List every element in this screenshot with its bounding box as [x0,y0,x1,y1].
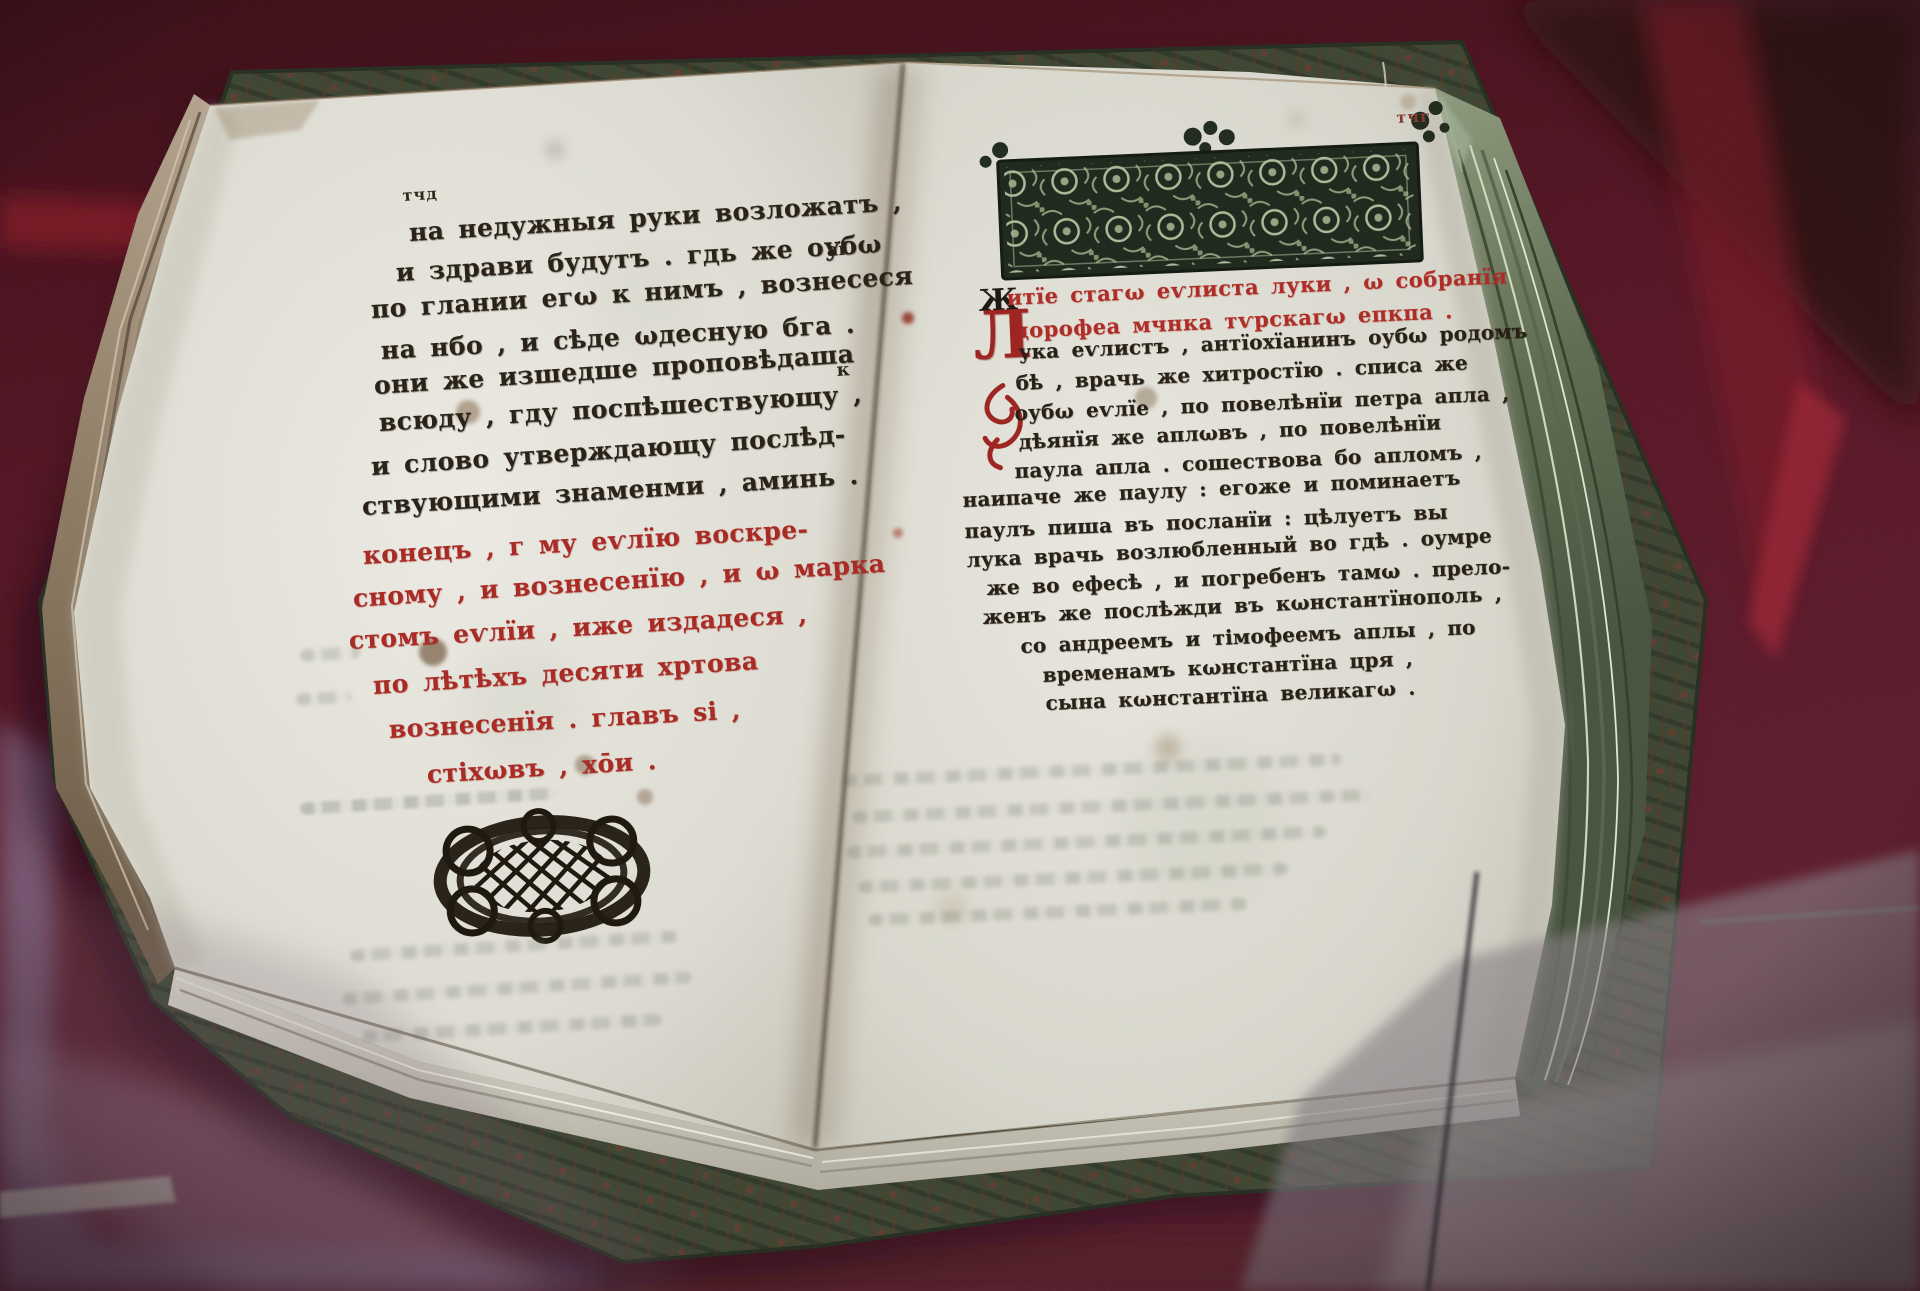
margin-mark: аї [826,239,846,261]
margin-mark: к [836,359,850,381]
show-through-smudge [868,898,1248,927]
show-through-smudge [852,789,1372,824]
show-through-smudge [350,930,680,962]
right-folio-mark: тчг [1396,106,1431,126]
show-through-smudge [300,646,361,662]
left-page-red-line: по лѣтѣхъ десяти хртова [372,646,759,700]
show-through-smudge [296,690,352,705]
left-page-red-line: стіхωвъ , хōи . [426,746,657,789]
show-through-smudge [300,787,560,815]
show-through-smudge [842,753,1342,787]
show-through-smudge [342,971,692,1005]
printed-text-layer: тчд тчг на недужныя руки возложатъ , и з… [0,0,1920,1291]
show-through-smudge [362,1013,662,1042]
show-through-smudge [846,826,1326,859]
museum-display-photo: тчд тчг на недужныя руки возложатъ , и з… [0,0,1920,1291]
left-page-red-line: вознесенїя . главъ ѕі , [388,695,741,744]
left-folio-mark: тчд [402,184,438,205]
show-through-smudge [858,863,1288,894]
